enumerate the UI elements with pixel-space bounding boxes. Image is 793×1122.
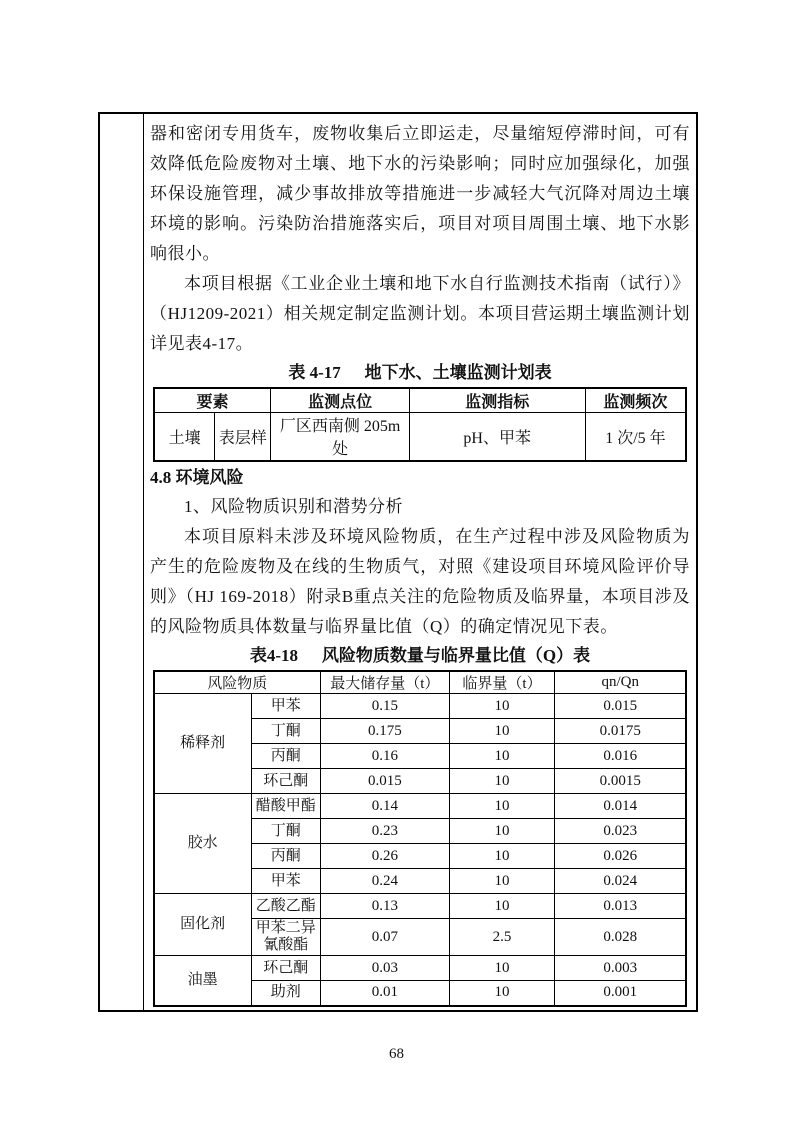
table-cell: 丙酮 (251, 844, 320, 869)
table-cell: 乙酸乙酯 (251, 894, 320, 919)
table-cell: 10 (449, 694, 554, 719)
table-row: 土壤 表层样 厂区西南侧 205m 处 pH、甲苯 1 次/5 年 (154, 413, 687, 461)
table-cell: 0.03 (320, 956, 449, 981)
table-cell: 2.5 (449, 919, 554, 956)
table-cell: 环己酮 (251, 956, 320, 981)
table-cell: 0.15 (320, 694, 449, 719)
table-cell: 0.16 (320, 744, 449, 769)
table-cell: 助剂 (251, 981, 320, 1006)
table-cell: 丁酮 (251, 819, 320, 844)
group-cell: 固化剂 (154, 894, 251, 956)
table-cell: 0.175 (320, 719, 449, 744)
paragraph-monitoring-plan: 本项目根据《工业企业土壤和地下水自行监测技术指南（试行）》（HJ1209-202… (150, 269, 690, 359)
section-heading-4-8: 4.8 环境风险 (150, 465, 690, 491)
table-row: 稀释剂 甲苯 0.15 10 0.015 (154, 694, 687, 719)
table-cell: 甲苯 (251, 694, 320, 719)
table-cell: 10 (449, 769, 554, 794)
header-cell: 要素 (154, 388, 271, 413)
table-cell: 0.014 (555, 794, 687, 819)
table-4-18-caption: 风险物质数量与临界量比值（Q）表 (322, 646, 590, 665)
document-page: { "page": { "number": "68" }, "paragraph… (0, 0, 793, 1122)
table-cell: 10 (449, 719, 554, 744)
header-cell: 监测频次 (585, 388, 686, 413)
table-cell: 0.015 (555, 694, 687, 719)
table-cell: 甲苯 (251, 869, 320, 894)
table-cell: 丁酮 (251, 719, 320, 744)
table-cell: 表层样 (215, 413, 271, 461)
header-cell: 临界量（t） (449, 671, 554, 694)
table-cell: 0.028 (555, 919, 687, 956)
table-row: 油墨 环己酮 0.03 10 0.003 (154, 956, 687, 981)
table-cell: 0.026 (555, 844, 687, 869)
table-cell: 0.015 (320, 769, 449, 794)
table-cell: 1 次/5 年 (585, 413, 686, 461)
table-cell: 土壤 (154, 413, 215, 461)
group-cell: 胶水 (154, 794, 251, 894)
table-row: 要素 监测点位 监测指标 监测频次 (154, 388, 687, 413)
table-cell: 厂区西南侧 205m 处 (271, 413, 409, 461)
table-cell: 0.14 (320, 794, 449, 819)
paragraph-waste-measures: 器和密闭专用货车，废物收集后立即运走，尽量缩短停滞时间，可有效降低危险废物对土壤… (150, 119, 690, 269)
table-cell: 0.0015 (555, 769, 687, 794)
table-cell: 0.003 (555, 956, 687, 981)
table-row: 固化剂 乙酸乙酯 0.13 10 0.013 (154, 894, 687, 919)
table-cell: 0.0175 (555, 719, 687, 744)
header-cell: qn/Qn (555, 671, 687, 694)
table-cell: 0.01 (320, 981, 449, 1006)
group-cell: 油墨 (154, 956, 251, 1006)
table-cell: 0.024 (555, 869, 687, 894)
table-cell: 10 (449, 894, 554, 919)
table-4-17-label: 表 4-17 (288, 363, 340, 382)
table-cell: 丙酮 (251, 744, 320, 769)
table-cell: 10 (449, 844, 554, 869)
table-cell: 甲苯二异氰酸酯 (251, 919, 320, 956)
group-cell: 稀释剂 (154, 694, 251, 794)
table-4-18-title: 表4-18风险物质数量与临界量比值（Q）表 (150, 644, 690, 668)
table-cell: 10 (449, 981, 554, 1006)
table-cell: 0.26 (320, 844, 449, 869)
header-cell: 监测点位 (271, 388, 409, 413)
table-cell: pH、甲苯 (409, 413, 585, 461)
table-cell: 环己酮 (251, 769, 320, 794)
table-4-18-label: 表4-18 (250, 646, 298, 665)
paragraph-risk-analysis: 本项目原料未涉及环境风险物质，在生产过程中涉及风险物质为产生的危险废物及在线的生… (150, 522, 690, 642)
table-cell: 0.023 (555, 819, 687, 844)
table-4-17: 要素 监测点位 监测指标 监测频次 土壤 表层样 厂区西南侧 205m 处 pH… (153, 387, 688, 462)
paragraph-risk-list-item: 1、风险物质识别和潜势分析 (150, 492, 690, 522)
table-cell: 0.07 (320, 919, 449, 956)
table-cell: 10 (449, 794, 554, 819)
table-cell: 0.13 (320, 894, 449, 919)
table-cell: 10 (449, 819, 554, 844)
table-4-17-caption: 地下水、土壤监测计划表 (365, 363, 552, 382)
table-4-18: 风险物质 最大储存量（t） 临界量（t） qn/Qn 稀释剂 甲苯 0.15 1… (153, 670, 688, 1007)
table-cell: 醋酸甲酯 (251, 794, 320, 819)
table-cell: 0.016 (555, 744, 687, 769)
table-row: 风险物质 最大储存量（t） 临界量（t） qn/Qn (154, 671, 687, 694)
page-number: 68 (0, 1046, 793, 1063)
document-form-frame: 器和密闭专用货车，废物收集后立即运走，尽量缩短停滞时间，可有效降低危险废物对土壤… (98, 112, 698, 1012)
table-cell: 0.24 (320, 869, 449, 894)
table-cell: 0.23 (320, 819, 449, 844)
header-cell: 最大储存量（t） (320, 671, 449, 694)
table-cell: 0.001 (555, 981, 687, 1006)
table-row: 胶水 醋酸甲酯 0.14 10 0.014 (154, 794, 687, 819)
table-cell: 10 (449, 956, 554, 981)
form-left-column (100, 114, 144, 1010)
table-4-17-title: 表 4-17地下水、土壤监测计划表 (150, 361, 690, 385)
form-content-cell: 器和密闭专用货车，废物收集后立即运走，尽量缩短停滞时间，可有效降低危险废物对土壤… (144, 114, 696, 1010)
table-cell: 10 (449, 869, 554, 894)
header-cell: 监测指标 (409, 388, 585, 413)
header-cell: 风险物质 (154, 671, 321, 694)
table-cell: 10 (449, 744, 554, 769)
table-cell: 0.013 (555, 894, 687, 919)
